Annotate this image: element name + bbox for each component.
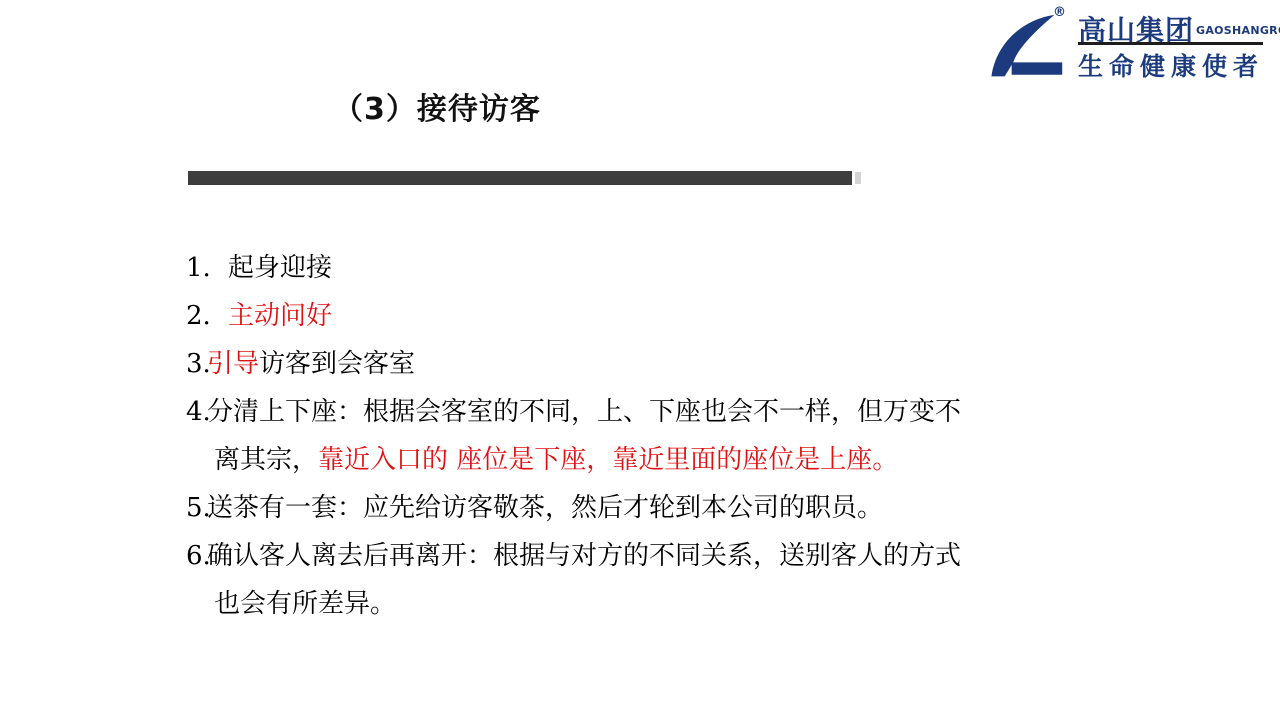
logo-divider	[1078, 42, 1263, 45]
line-text: 访客到会客室	[259, 349, 415, 379]
list-line-4: 4.分清上下座：根据会客室的不同，上、下座也会不一样，但万变不	[186, 388, 1046, 436]
line-text: 确认客人离去后再离开：根据与对方的不同关系，送别客人的方式	[207, 541, 961, 571]
logo-name-en: GAOSHANGROUP	[1196, 24, 1280, 37]
list-line-1: 1.起身迎接	[186, 244, 1046, 292]
list-line-6-wrap: 也会有所差异。	[214, 580, 1046, 628]
list-line-2: 2.主动问好	[186, 292, 1046, 340]
line-text-red: 靠近入口的 座位是下座，靠近里面的座位是上座。	[318, 445, 898, 475]
page-title: （3）接待访客	[333, 84, 541, 128]
line-number: 2.	[186, 292, 228, 340]
title-rule-cap	[855, 172, 861, 184]
presentation-slide: （3）接待访客 1.起身迎接 2.主动问好 3.引导访客到会客室 4.分清上下座…	[0, 0, 1280, 720]
line-text: 也会有所差异。	[214, 589, 396, 619]
line-text: 起身迎接	[228, 253, 332, 283]
line-text: 分清上下座：根据会客室的不同，上、下座也会不一样，但万变不	[207, 397, 961, 427]
list-line-6: 6.确认客人离去后再离开：根据与对方的不同关系，送别客人的方式	[186, 532, 1046, 580]
line-text: 送茶有一套：应先给访客敬茶，然后才轮到本公司的职员。	[207, 493, 883, 523]
logo-slogan: 生命健康使者	[1078, 47, 1264, 83]
line-number: 5.	[186, 484, 207, 532]
content-list: 1.起身迎接 2.主动问好 3.引导访客到会客室 4.分清上下座：根据会客室的不…	[186, 244, 1046, 628]
line-text-red: 引导	[207, 349, 259, 379]
list-line-5: 5.送茶有一套：应先给访客敬茶，然后才轮到本公司的职员。	[186, 484, 1046, 532]
gaoshan-swoosh-icon	[989, 11, 1067, 81]
title-rule	[188, 171, 852, 185]
registered-mark: ®	[1053, 5, 1066, 20]
list-line-3: 3.引导访客到会客室	[186, 340, 1046, 388]
list-line-4-wrap: 离其宗，靠近入口的 座位是下座，靠近里面的座位是上座。	[214, 436, 1046, 484]
line-number: 6.	[186, 532, 207, 580]
line-text-red: 主动问好	[228, 301, 332, 331]
line-text: 离其宗，	[214, 445, 318, 475]
line-number: 1.	[186, 244, 228, 292]
line-number: 3.	[186, 340, 207, 388]
line-number: 4.	[186, 388, 207, 436]
